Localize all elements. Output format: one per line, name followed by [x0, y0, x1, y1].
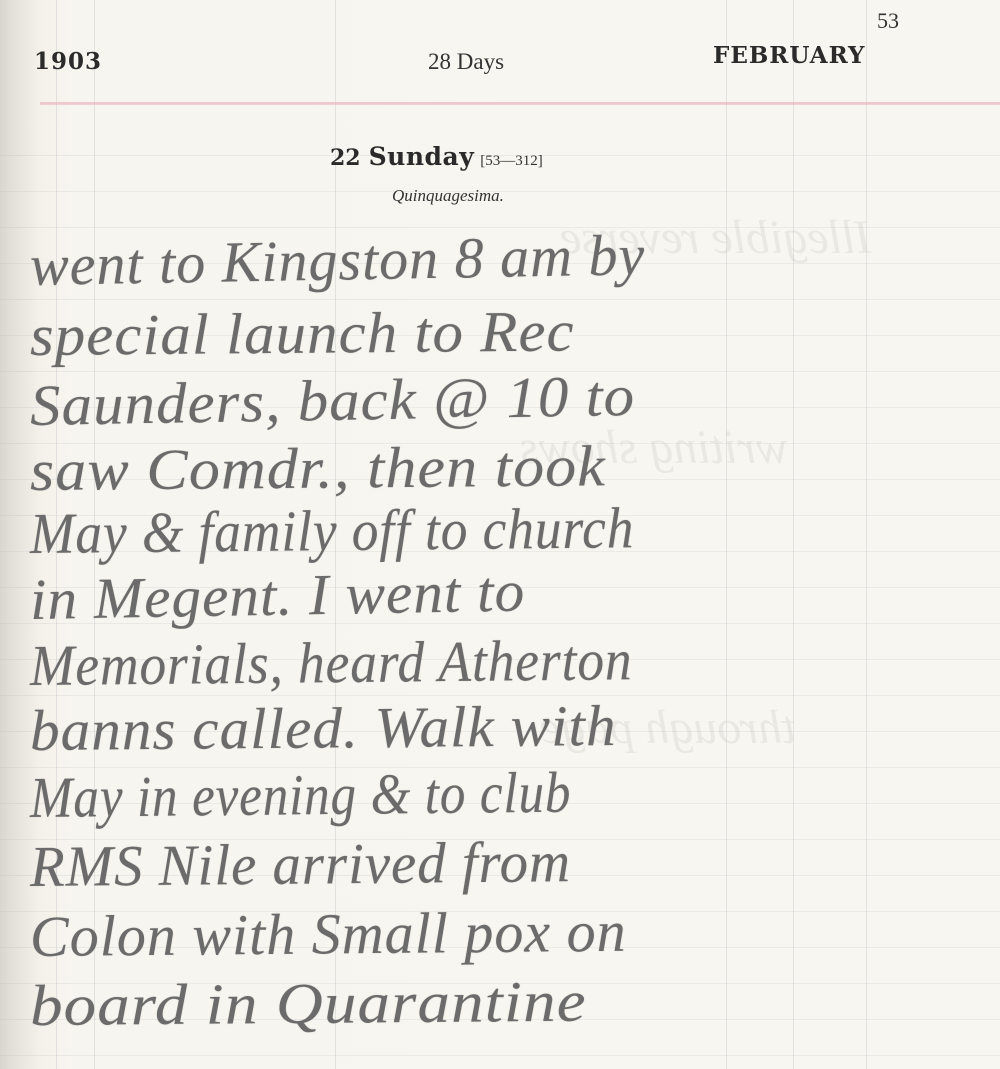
liturgical-observance: Quinquagesima. — [392, 186, 504, 206]
entry-line: Memorials, heard Atherton — [30, 626, 633, 699]
entry-line: in Megent. I went to — [29, 558, 525, 633]
day-weekday: Sunday — [369, 142, 475, 171]
entry-line: saw Comdr., then took — [30, 432, 606, 504]
vertical-rule — [726, 0, 727, 1069]
entry-line: special launch to Rec — [30, 297, 575, 369]
entry-line: board in Quarantine — [30, 968, 587, 1039]
month-label: FEBRUARY — [713, 42, 865, 69]
entry-line: May & family off to church — [30, 494, 635, 567]
entry-line: went to Kingston 8 am by — [29, 221, 645, 299]
entry-line: Colon with Small pox on — [30, 898, 627, 970]
vertical-rule — [866, 0, 867, 1069]
days-in-month: 28 Days — [428, 49, 504, 75]
page-number: 53 — [877, 8, 899, 34]
day-count: [53—312] — [480, 153, 543, 169]
header-rule — [40, 102, 1000, 105]
vertical-rule — [793, 0, 794, 1069]
year-label: 1903 — [34, 48, 102, 75]
entry-line: May in evening & to club — [30, 759, 572, 831]
day-heading: 22Sunday[53—312] — [330, 142, 543, 171]
entry-line: Saunders, back @ 10 to — [29, 362, 635, 439]
entry-line: banns called. Walk with — [30, 692, 617, 764]
diary-page: Illegible reverse writing shows through … — [0, 0, 1000, 1069]
day-date: 22 — [330, 145, 361, 171]
entry-line: RMS Nile arrived from — [30, 828, 572, 900]
